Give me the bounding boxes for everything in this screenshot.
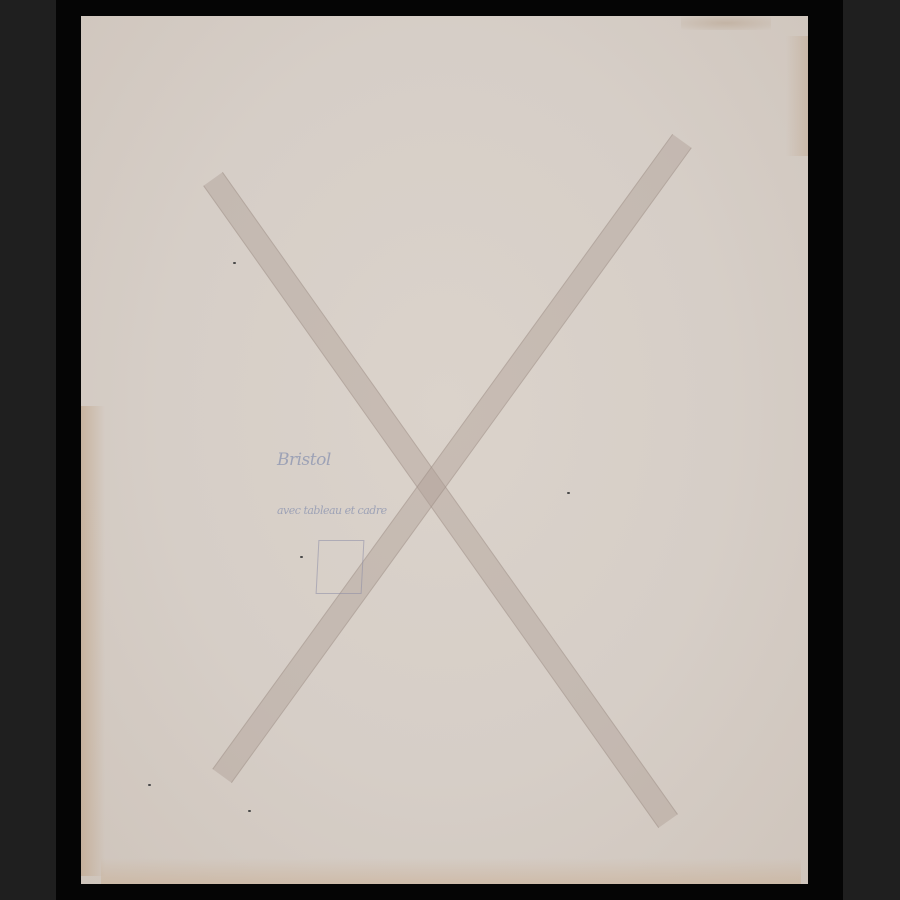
- speck: [148, 784, 151, 786]
- pencil-note-line-1: Bristol: [277, 450, 331, 470]
- edge-stain-bottom: [101, 858, 801, 884]
- speck: [248, 810, 251, 812]
- edge-stain-left: [81, 406, 105, 876]
- pencil-note-line-2: avec tableau et cadre: [277, 504, 387, 517]
- edge-stain-right: [786, 36, 808, 156]
- edge-stain-top: [681, 16, 771, 30]
- speck: [567, 492, 570, 494]
- tape-strip-1: [203, 172, 678, 828]
- pencil-mark: [300, 556, 303, 558]
- speck: [233, 262, 236, 264]
- paper-sheet: Bristol avec tableau et cadre: [81, 16, 808, 884]
- pencil-square-sketch: [316, 540, 365, 594]
